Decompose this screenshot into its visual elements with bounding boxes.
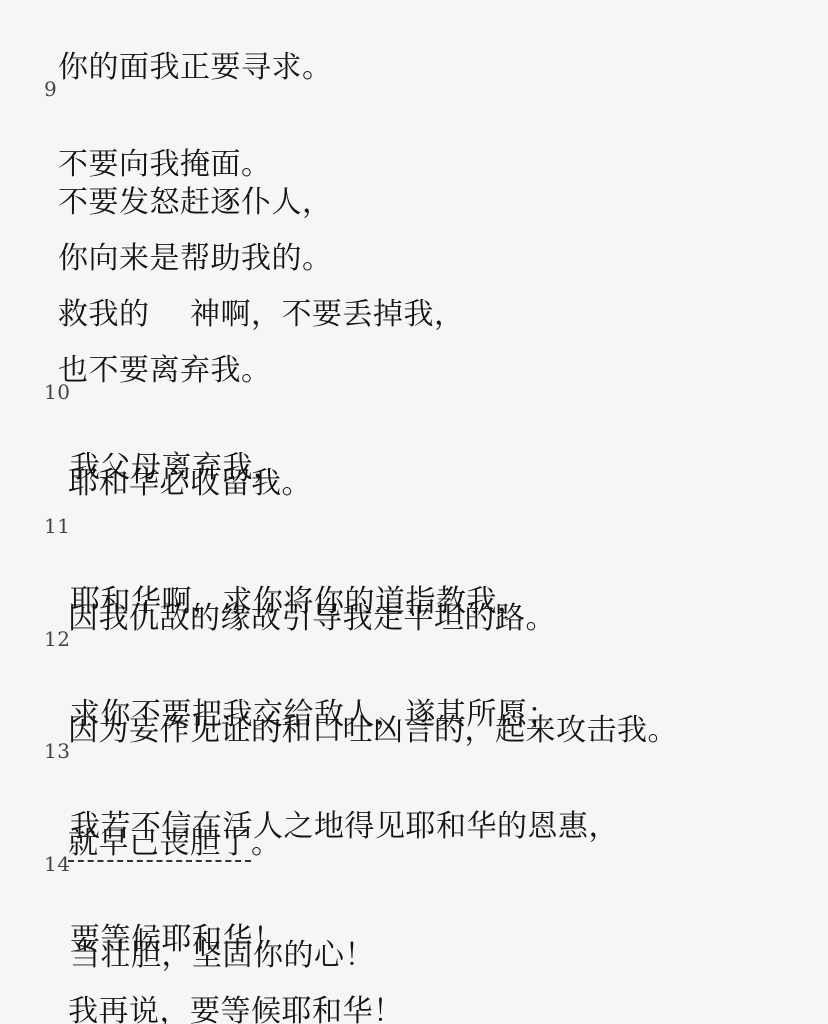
verse-number: 11 — [44, 506, 70, 546]
passage-line: 救我的 神啊，不要丢掉我， — [0, 255, 40, 295]
verse-text: 你向来是帮助我的。 — [58, 239, 333, 279]
passage-line: 因为妄作见证的和口吐凶言的，起来攻击我。 — [0, 671, 40, 711]
verse-text: 当壮胆，坚固你的心！ — [70, 936, 375, 976]
verse-text-punctuation: 。 — [251, 826, 282, 861]
passage-line: 10 我父母离弃我， — [0, 368, 40, 408]
footnote-link[interactable]: 就早已丧胆了 — [68, 826, 251, 861]
verse-number: 10 — [44, 372, 70, 412]
verse-number: 9 — [44, 69, 57, 109]
verse-text: 我再说，要等候耶和华！ — [68, 992, 404, 1024]
passage-line: 13 我若不信在活人之地得见耶和华的恩惠， — [0, 727, 40, 767]
verse-number: 13 — [44, 731, 70, 771]
verse-text: 救我的 神啊，不要丢掉我， — [58, 295, 465, 335]
passage-line: 不要发怒赶逐仆人， — [0, 143, 40, 183]
passage-line: 你的面我正要寻求。 — [0, 8, 40, 48]
verse-text: 也不要离弃我。 — [58, 351, 272, 391]
passage-line: 14 要等候耶和华！ — [0, 840, 40, 880]
verse-text: 因为妄作见证的和口吐凶言的，起来攻击我。 — [68, 711, 678, 751]
passage-line: 耶和华必收留我。 — [0, 424, 40, 464]
passage-line: 我再说，要等候耶和华！ — [0, 952, 40, 992]
verse-number: 14 — [44, 844, 70, 884]
passage-line: 就早已丧胆了。 — [0, 784, 40, 824]
passage-line: 当壮胆，坚固你的心！ — [0, 896, 40, 936]
passage-line: 因我仇敌的缘故引导我走平坦的路。 — [0, 559, 40, 599]
verse-text: 不要发怒赶逐仆人， — [58, 183, 333, 223]
verse-text: 耶和华必收留我。 — [68, 464, 312, 504]
passage-line: 你向来是帮助我的。 — [0, 199, 40, 239]
passage-line: 12 求你不要把我交给敌人，遂其所愿； — [0, 615, 40, 655]
verse-text: 你的面我正要寻求。 — [58, 48, 333, 88]
passage-line: 也不要离弃我。 — [0, 311, 40, 351]
passage-line: 9 不要向我掩面。 — [0, 65, 40, 105]
verse-number: 12 — [44, 619, 70, 659]
verse-text: 因我仇敌的缘故引导我走平坦的路。 — [68, 599, 556, 639]
verse-text: 就早已丧胆了。 — [68, 824, 282, 864]
verse-text: 不要向我掩面。 — [58, 145, 272, 185]
passage-line: 11 耶和华啊，求你将你的道指教我， — [0, 502, 40, 542]
